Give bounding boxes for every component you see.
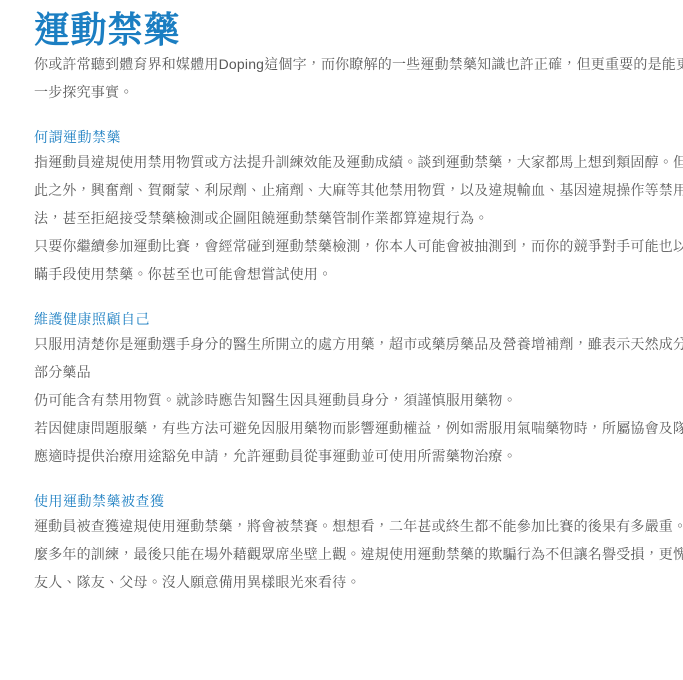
section-heading-what-is-doping: 何謂運動禁藥 — [34, 126, 683, 148]
section-heading-caught-doping: 使用運動禁藥被查獲 — [34, 490, 683, 512]
text-line: 部分藥品 — [34, 358, 683, 386]
paragraph: 運動員被查獲違規使用運動禁藥，將會被禁賽。想想看，二年甚或終生都不能參加比賽的後… — [34, 512, 683, 596]
text-line: 友人、隊友、父母。沒人願意備用異樣眼光來看待。 — [34, 568, 683, 596]
text-line: 只服用清楚你是運動選手身分的醫生所開立的處方用藥，超市或藥房藥品及營養增補劑，雖… — [34, 330, 683, 358]
paragraph: 只要你繼續參加運動比賽，會經常碰到運動禁藥檢測，你本人可能會被抽測到，而你的競爭… — [34, 232, 683, 288]
text-line: 仍可能含有禁用物質。就診時應告知醫生因具運動員身分，須謹慎服用藥物。 — [34, 386, 683, 414]
text-line: 若因健康問題服藥，有些方法可避免因服用藥物而影響運動權益，例如需服用氣喘藥物時，… — [34, 414, 683, 442]
text-line: 法，甚至拒絕接受禁藥檢測或企圖阻饒運動禁藥管制作業都算違規行為。 — [34, 204, 683, 232]
text-line: 瞞手段使用禁藥。你甚至也可能會想嘗試使用。 — [34, 260, 683, 288]
text-line: 指運動員違規使用禁用物質或方法提升訓練效能及運動成績。談到運動禁藥，大家都馬上想… — [34, 148, 683, 176]
text-line: 你或許常聽到體育界和媒體用Doping這個字，而你瞭解的一些運動禁藥知識也許正確… — [34, 50, 683, 78]
text-line: 麼多年的訓練，最後只能在場外藉觀眾席坐壁上觀。違規使用運動禁藥的欺騙行為不但讓名… — [34, 540, 683, 568]
paragraph: 若因健康問題服藥，有些方法可避免因服用藥物而影響運動權益，例如需服用氣喘藥物時，… — [34, 414, 683, 470]
text-line: 一步探究事實。 — [34, 78, 683, 106]
article-content: 運動禁藥 你或許常聽到體育界和媒體用Doping這個字，而你瞭解的一些運動禁藥知… — [34, 10, 683, 596]
page-title: 運動禁藥 — [34, 10, 683, 50]
text-line: 應適時提供治療用途豁免申請，允許運動員從事運動並可使用所需藥物治療。 — [34, 442, 683, 470]
paragraph: 指運動員違規使用禁用物質或方法提升訓練效能及運動成績。談到運動禁藥，大家都馬上想… — [34, 148, 683, 232]
paragraph: 只服用清楚你是運動選手身分的醫生所開立的處方用藥，超市或藥房藥品及營養增補劑，雖… — [34, 330, 683, 414]
text-line: 運動員被查獲違規使用運動禁藥，將會被禁賽。想想看，二年甚或終生都不能參加比賽的後… — [34, 512, 683, 540]
doping-article-page: { "page": { "accent_color": "#1b7ec2", "… — [0, 0, 683, 680]
text-line: 只要你繼續參加運動比賽，會經常碰到運動禁藥檢測，你本人可能會被抽測到，而你的競爭… — [34, 232, 683, 260]
section-heading-protect-health: 維護健康照顧自己 — [34, 308, 683, 330]
intro-paragraph: 你或許常聽到體育界和媒體用Doping這個字，而你瞭解的一些運動禁藥知識也許正確… — [34, 50, 683, 106]
text-line: 此之外，興奮劑、賀爾蒙、利尿劑、止痛劑、大麻等其他禁用物質，以及違規輸血、基因違… — [34, 176, 683, 204]
